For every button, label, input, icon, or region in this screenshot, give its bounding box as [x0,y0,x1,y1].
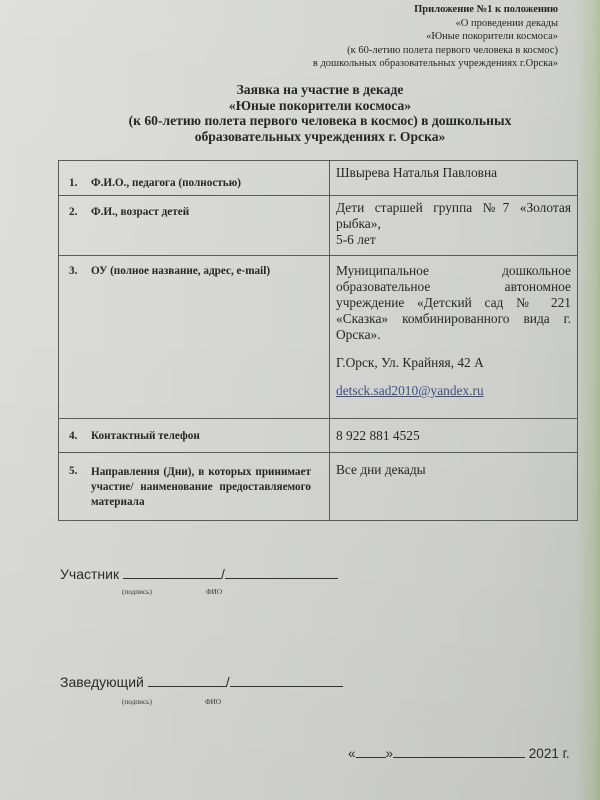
head-name-field[interactable] [230,672,343,687]
appendix-line: (к 60-летию полета первого человека в ко… [313,44,558,58]
institution-email-link[interactable]: detsck.sad2010@yandex.ru [336,383,484,398]
row-number: 5. [69,465,91,477]
row-label: Контактный телефон [91,430,200,442]
participant-caption-name: ФИО [206,588,222,596]
day-field[interactable] [356,744,386,758]
participant-signature-field[interactable] [123,564,221,579]
open-quote: « [348,746,356,761]
institution-line: «Сказка» комбинированного вида г. [336,311,571,327]
children-value-line: Дети старшей группа №7 «Золотая [336,200,571,216]
participant-name-field[interactable] [225,564,338,579]
title-line: (к 60-летию полета первого человека в ко… [60,113,580,129]
head-caption-signature: (подпись) [122,698,152,706]
form-row-phone: 4.Контактный телефон 8 922 881 4525 [59,419,578,453]
form-row-directions: 5.Направления (Дни), в которых принимает… [59,453,578,521]
head-signature-field[interactable] [148,672,226,687]
form-label: 2.Ф.И., возраст детей [59,196,330,256]
children-value-line: рыбка», [336,216,571,232]
month-field[interactable] [393,744,525,758]
institution-line: образовательное автономное [336,279,571,295]
directions-value: Все дни декады [336,462,571,478]
institution-line: Орска». [336,327,571,343]
form-label: 4.Контактный телефон [59,419,330,453]
head-label: Заведующий [60,674,144,690]
appendix-line: в дошкольных образовательных учреждениях… [313,57,558,71]
head-caption-name: ФИО [205,698,221,706]
form-row-children: 2.Ф.И., возраст детей Дети старшей групп… [59,196,578,256]
close-quote: » [386,746,394,761]
teacher-name-value: Швырева Наталья Павловна [336,165,571,181]
institution-line: учреждение «Детский сад № 221 [336,295,571,311]
form-value: Дети старшей группа №7 «Золотая рыбка», … [330,196,578,256]
row-label: ОУ (полное название, адрес, e-mail) [91,265,270,277]
participant-signature-line: Участник / [60,564,338,582]
form-label: 1.Ф.И.О., педагога (полностью) [59,161,330,196]
form-row-teacher-name: 1.Ф.И.О., педагога (полностью) Швырева Н… [59,161,578,196]
appendix-line: «О проведении декады [313,17,558,31]
head-signature-line: Заведующий / [60,672,343,690]
title-line: образовательных учреждениях г. Орска» [60,129,580,145]
row-number: 4. [69,430,91,442]
year-label: 2021 г. [529,746,570,761]
form-value: Швырева Наталья Павловна [330,161,578,196]
form-row-institution: 3.ОУ (полное название, адрес, e-mail) Му… [59,256,578,419]
participant-caption-signature: (подпись) [122,588,152,596]
row-label: Ф.И., возраст детей [91,206,189,218]
form-value: 8 922 881 4525 [330,419,578,453]
row-number: 2. [69,206,91,218]
date-line: «» 2021 г. [348,744,570,761]
form-label: 3.ОУ (полное название, адрес, e-mail) [59,256,330,419]
title-line: Заявка на участие в декаде [60,82,580,98]
appendix-line: «Юные покорители космоса» [313,30,558,44]
form-value: Все дни декады [330,453,578,521]
phone-value: 8 922 881 4525 [336,428,571,444]
participant-label: Участник [60,566,119,582]
application-form-table: 1.Ф.И.О., педагога (полностью) Швырева Н… [58,160,578,521]
form-value: Муниципальное дошкольное образовательное… [330,256,578,419]
row-label: Направления (Дни), в которых принимает у… [91,465,311,510]
row-number: 3. [69,265,91,277]
title-line: «Юные покорители космоса» [60,98,580,114]
form-label: 5.Направления (Дни), в которых принимает… [59,453,330,521]
row-number: 1. [69,177,91,189]
document-title: Заявка на участие в декаде «Юные покорит… [60,82,580,144]
appendix-header: Приложение №1 к положению «О проведении … [313,3,558,71]
institution-address: Г.Орск, Ул. Крайняя, 42 А [336,355,571,371]
institution-line: Муниципальное дошкольное [336,263,571,279]
row-label: Ф.И.О., педагога (полностью) [91,177,241,189]
children-value-line: 5-6 лет [336,232,571,248]
appendix-line: Приложение №1 к положению [313,3,558,17]
